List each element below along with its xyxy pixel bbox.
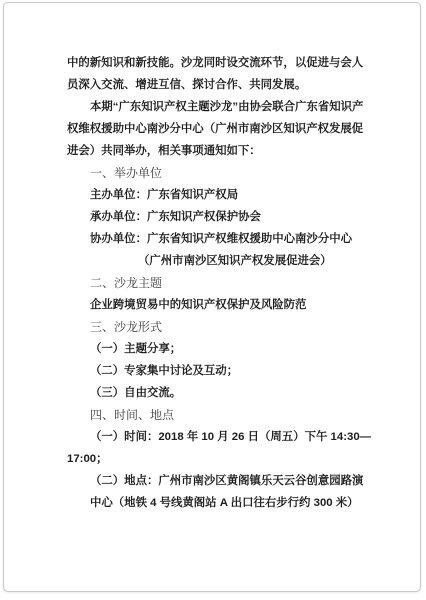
document-line: 17:00； [67, 448, 377, 470]
document-line: 中心（地铁 4 号线黄阁站 A 出口往右步行约 300 米） [67, 492, 377, 514]
document-line: （广州市南沙区知识产权发展促进会） [67, 250, 377, 272]
document-line: 三、沙龙形式 [67, 316, 377, 338]
document-line: 协办单位：广东省知识产权维权援助中心南沙分中心 [67, 228, 377, 250]
document-line: （三）自由交流。 [67, 382, 377, 404]
document-line: （一）主题分享； [67, 338, 377, 360]
document-line: 承办单位：广东知识产权保护协会 [67, 206, 377, 228]
document-line: 本期“广东知识产权主题沙龙”由协会联合广东省知识产 [67, 96, 377, 118]
document-line: （一）时间：2018 年 10 月 26 日（周五）下午 14:30— [67, 426, 377, 448]
document-line: 主办单位：广东省知识产权局 [67, 184, 377, 206]
document-content: 中的新知识和新技能。沙龙同时设交流环节，以促进与会人员深入交流、增进互信、探讨合… [67, 52, 377, 514]
document-line: 中的新知识和新技能。沙龙同时设交流环节，以促进与会人 [67, 52, 377, 74]
document-line: 二、沙龙主题 [67, 272, 377, 294]
document-line: （二）专家集中讨论及互动； [67, 360, 377, 382]
document-line: 一、举办单位 [67, 162, 377, 184]
document-line: 员深入交流、增进互信、探讨合作、共同发展。 [67, 74, 377, 96]
document-page: 中的新知识和新技能。沙龙同时设交流环节，以促进与会人员深入交流、增进互信、探讨合… [3, 2, 421, 592]
document-line: 企业跨境贸易中的知识产权保护及风险防范 [67, 294, 377, 316]
document-line: 进会）共同举办，相关事项通知如下： [67, 140, 377, 162]
document-line: 四、时间、地点 [67, 404, 377, 426]
document-line: （二）地点：广州市南沙区黄阁镇乐天云谷创意园路演 [67, 470, 377, 492]
document-line: 权维权援助中心南沙分中心（广州市南沙区知识产权发展促 [67, 118, 377, 140]
